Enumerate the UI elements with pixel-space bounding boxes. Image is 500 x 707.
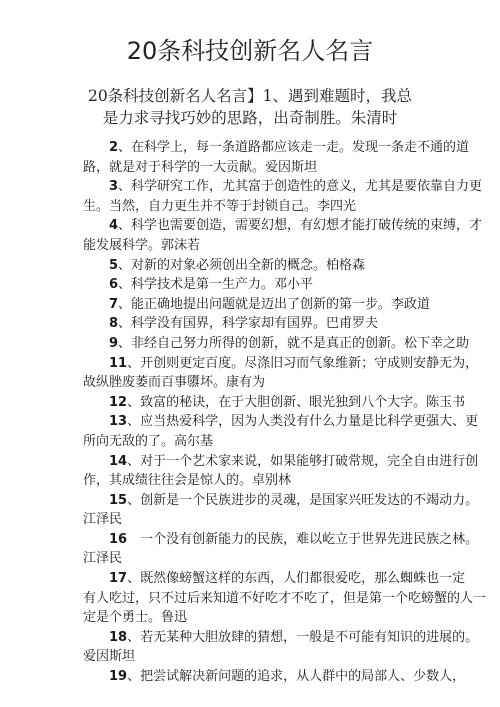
quote-item: 7、能正确地提出问题就是迈出了创新的第一步。李政道 bbox=[57, 295, 437, 315]
quote-item: 13、应当热爱科学，因为人类没有什么力量是比科学更强大、更所向无敌的了。高尔基 bbox=[57, 412, 437, 451]
quote-text: 、能正确地提出问题就是迈出了创新的第一步。李政道 bbox=[118, 297, 430, 312]
quote-line: 8、科学没有国界，科学家却有国界。巴甫罗夫 bbox=[57, 314, 437, 334]
quote-item: 18、若无某种大胆放肆的猜想，一般是不可能有知识的进展的。爱因斯坦 bbox=[57, 628, 437, 667]
quote-line: 7、能正确地提出问题就是迈出了创新的第一步。李政道 bbox=[57, 295, 437, 315]
quote-text: 、科学没有国界，科学家却有国界。巴甫罗夫 bbox=[118, 316, 378, 331]
quote-line: 17、既然像螃蟹这样的东西，人们都很爱吃，那么蜘蛛也一定 bbox=[57, 569, 437, 589]
quote-line: 18、若无某种大胆放肆的猜想，一般是不可能有知识的进展的。 bbox=[57, 628, 437, 648]
intro-line: 是力求寻找巧妙的思路，出奇制胜。朱清时 bbox=[85, 107, 415, 129]
intro-line: 20条科技创新名人名言】1、遇到难题时，我总 bbox=[85, 85, 415, 107]
quote-number: 2 bbox=[109, 140, 118, 155]
quote-line: 12、致富的秘诀，在于大胆创新、眼光独到八个大字。陈玉书 bbox=[57, 393, 437, 413]
quotes-list: 2、在科学上，每一条道路都应该走一走。发现一条走不通的道路，就是对于科学的一大贡… bbox=[57, 138, 437, 687]
quote-item: 17、既然像螃蟹这样的东西，人们都很爱吃，那么蜘蛛也一定有人吃过，只不过后来知道… bbox=[57, 569, 437, 628]
quote-line: 2、在科学上，每一条道路都应该走一走。发现一条走不通的道 bbox=[57, 138, 437, 158]
quote-item: 4、科学也需要创造，需要幻想，有幻想才能打破传统的束缚，才能发展科学。郭沫若 bbox=[57, 216, 437, 255]
quote-number: 11 bbox=[109, 356, 127, 371]
quote-line: 15、创新是一个民族进步的灵魂，是国家兴旺发达的不竭动力。 bbox=[57, 491, 437, 511]
quote-line: 9、非经自己努力所得的创新，就不是真正的创新。松下幸之助 bbox=[57, 334, 437, 354]
quote-line: 爱因斯坦 bbox=[57, 647, 437, 667]
quote-line: 有人吃过，只不过后来知道不好吃才不吃了，但是第一个吃螃蟹的人一 bbox=[57, 589, 437, 609]
quote-text: 、开创则更定百度。尽涤旧习而气象维新；守成则安静无为， bbox=[127, 356, 478, 371]
quote-item: 5、对新的对象必须创出全新的概念。柏格森 bbox=[57, 256, 437, 276]
quote-text: 、既然像螃蟹这样的东西，人们都很爱吃，那么蜘蛛也一定 bbox=[127, 571, 465, 586]
quote-text: 、对新的对象必须创出全新的概念。柏格森 bbox=[118, 258, 365, 273]
quote-line: 3、科学研究工作，尤其富于创造性的意义，尤其是要依靠自力更 bbox=[57, 177, 437, 197]
quote-line: 江泽民 bbox=[57, 549, 437, 569]
quote-item: 12、致富的秘诀，在于大胆创新、眼光独到八个大字。陈玉书 bbox=[57, 393, 437, 413]
quote-item: 8、科学没有国界，科学家却有国界。巴甫罗夫 bbox=[57, 314, 437, 334]
quote-number: 14 bbox=[109, 454, 127, 469]
document-title: 20条科技创新名人名言 bbox=[0, 36, 500, 66]
quote-line: 江泽民 bbox=[57, 510, 437, 530]
quote-line: 定是个勇士。鲁迅 bbox=[57, 608, 437, 628]
quote-number: 5 bbox=[109, 258, 118, 273]
quote-text: 、科学研究工作，尤其富于创造性的意义，尤其是要依靠自力更 bbox=[118, 179, 482, 194]
quote-number: 12 bbox=[109, 395, 127, 410]
quote-line: 路，就是对于科学的一大贡献。爱因斯坦 bbox=[57, 158, 437, 178]
quote-line: 故纵脞废萎而百事隳坏。康有为 bbox=[57, 373, 437, 393]
quote-text: 、把尝试解决新问题的追求，从人群中的局部人、少数人， bbox=[127, 669, 465, 684]
quote-number: 13 bbox=[109, 414, 127, 429]
quote-line: 16 一个没有创新能力的民族，难以屹立于世界先进民族之林。 bbox=[57, 530, 437, 550]
quote-number: 17 bbox=[109, 571, 127, 586]
quote-line: 14、对于一个艺术家来说，如果能够打破常规，完全自由进行创 bbox=[57, 452, 437, 472]
quote-text: 、科学也需要创造，需要幻想，有幻想才能打破传统的束缚，才 bbox=[118, 218, 482, 233]
quote-number: 9 bbox=[109, 336, 118, 351]
quote-item: 3、科学研究工作，尤其富于创造性的意义，尤其是要依靠自力更生。当然，自力更生并不… bbox=[57, 177, 437, 216]
quote-item: 14、对于一个艺术家来说，如果能够打破常规，完全自由进行创作，其成绩往往会是惊人… bbox=[57, 452, 437, 491]
quote-line: 生。当然，自力更生并不等于封锁自己。李四光 bbox=[57, 197, 437, 217]
quote-line: 能发展科学。郭沫若 bbox=[57, 236, 437, 256]
quote-item: 11、开创则更定百度。尽涤旧习而气象维新；守成则安静无为，故纵脞废萎而百事隳坏。… bbox=[57, 354, 437, 393]
quote-number: 3 bbox=[109, 179, 118, 194]
quote-number: 4 bbox=[109, 218, 118, 233]
quote-number: 19 bbox=[109, 669, 127, 684]
quote-number: 8 bbox=[109, 316, 118, 331]
quote-item: 15、创新是一个民族进步的灵魂，是国家兴旺发达的不竭动力。江泽民 bbox=[57, 491, 437, 530]
quote-number: 15 bbox=[109, 493, 127, 508]
quote-text: 、应当热爱科学，因为人类没有什么力量是比科学更强大、更 bbox=[127, 414, 478, 429]
quote-number: 7 bbox=[109, 297, 118, 312]
quote-line: 11、开创则更定百度。尽涤旧习而气象维新；守成则安静无为， bbox=[57, 354, 437, 374]
quote-number: 18 bbox=[109, 630, 127, 645]
quote-line: 13、应当热爱科学，因为人类没有什么力量是比科学更强大、更 bbox=[57, 412, 437, 432]
quote-item: 19、把尝试解决新问题的追求，从人群中的局部人、少数人， bbox=[57, 667, 437, 687]
quote-item: 2、在科学上，每一条道路都应该走一走。发现一条走不通的道路，就是对于科学的一大贡… bbox=[57, 138, 437, 177]
quote-item: 6、科学技术是第一生产力。邓小平 bbox=[57, 275, 437, 295]
quote-text: 、致富的秘诀，在于大胆创新、眼光独到八个大字。陈玉书 bbox=[127, 395, 465, 410]
quote-line: 所向无敌的了。高尔基 bbox=[57, 432, 437, 452]
quote-text: 一个没有创新能力的民族，难以屹立于世界先进民族之林。 bbox=[127, 532, 478, 547]
quote-text: 、科学技术是第一生产力。邓小平 bbox=[118, 277, 313, 292]
quote-number: 6 bbox=[109, 277, 118, 292]
quote-item: 9、非经自己努力所得的创新，就不是真正的创新。松下幸之助 bbox=[57, 334, 437, 354]
quote-item: 16 一个没有创新能力的民族，难以屹立于世界先进民族之林。江泽民 bbox=[57, 530, 437, 569]
quote-text: 、创新是一个民族进步的灵魂，是国家兴旺发达的不竭动力。 bbox=[127, 493, 478, 508]
quote-line: 5、对新的对象必须创出全新的概念。柏格森 bbox=[57, 256, 437, 276]
quote-line: 4、科学也需要创造，需要幻想，有幻想才能打破传统的束缚，才 bbox=[57, 216, 437, 236]
quote-line: 作，其成绩往往会是惊人的。卓别林 bbox=[57, 471, 437, 491]
quote-text: 、对于一个艺术家来说，如果能够打破常规，完全自由进行创 bbox=[127, 454, 478, 469]
quote-number: 16 bbox=[109, 532, 127, 547]
intro-paragraph: 20条科技创新名人名言】1、遇到难题时，我总 是力求寻找巧妙的思路，出奇制胜。朱… bbox=[85, 85, 415, 129]
quote-line: 19、把尝试解决新问题的追求，从人群中的局部人、少数人， bbox=[57, 667, 437, 687]
quote-text: 、若无某种大胆放肆的猜想，一般是不可能有知识的进展的。 bbox=[127, 630, 478, 645]
quote-text: 、非经自己努力所得的创新，就不是真正的创新。松下幸之助 bbox=[118, 336, 469, 351]
quote-line: 6、科学技术是第一生产力。邓小平 bbox=[57, 275, 437, 295]
quote-text: 、在科学上，每一条道路都应该走一走。发现一条走不通的道 bbox=[118, 140, 469, 155]
